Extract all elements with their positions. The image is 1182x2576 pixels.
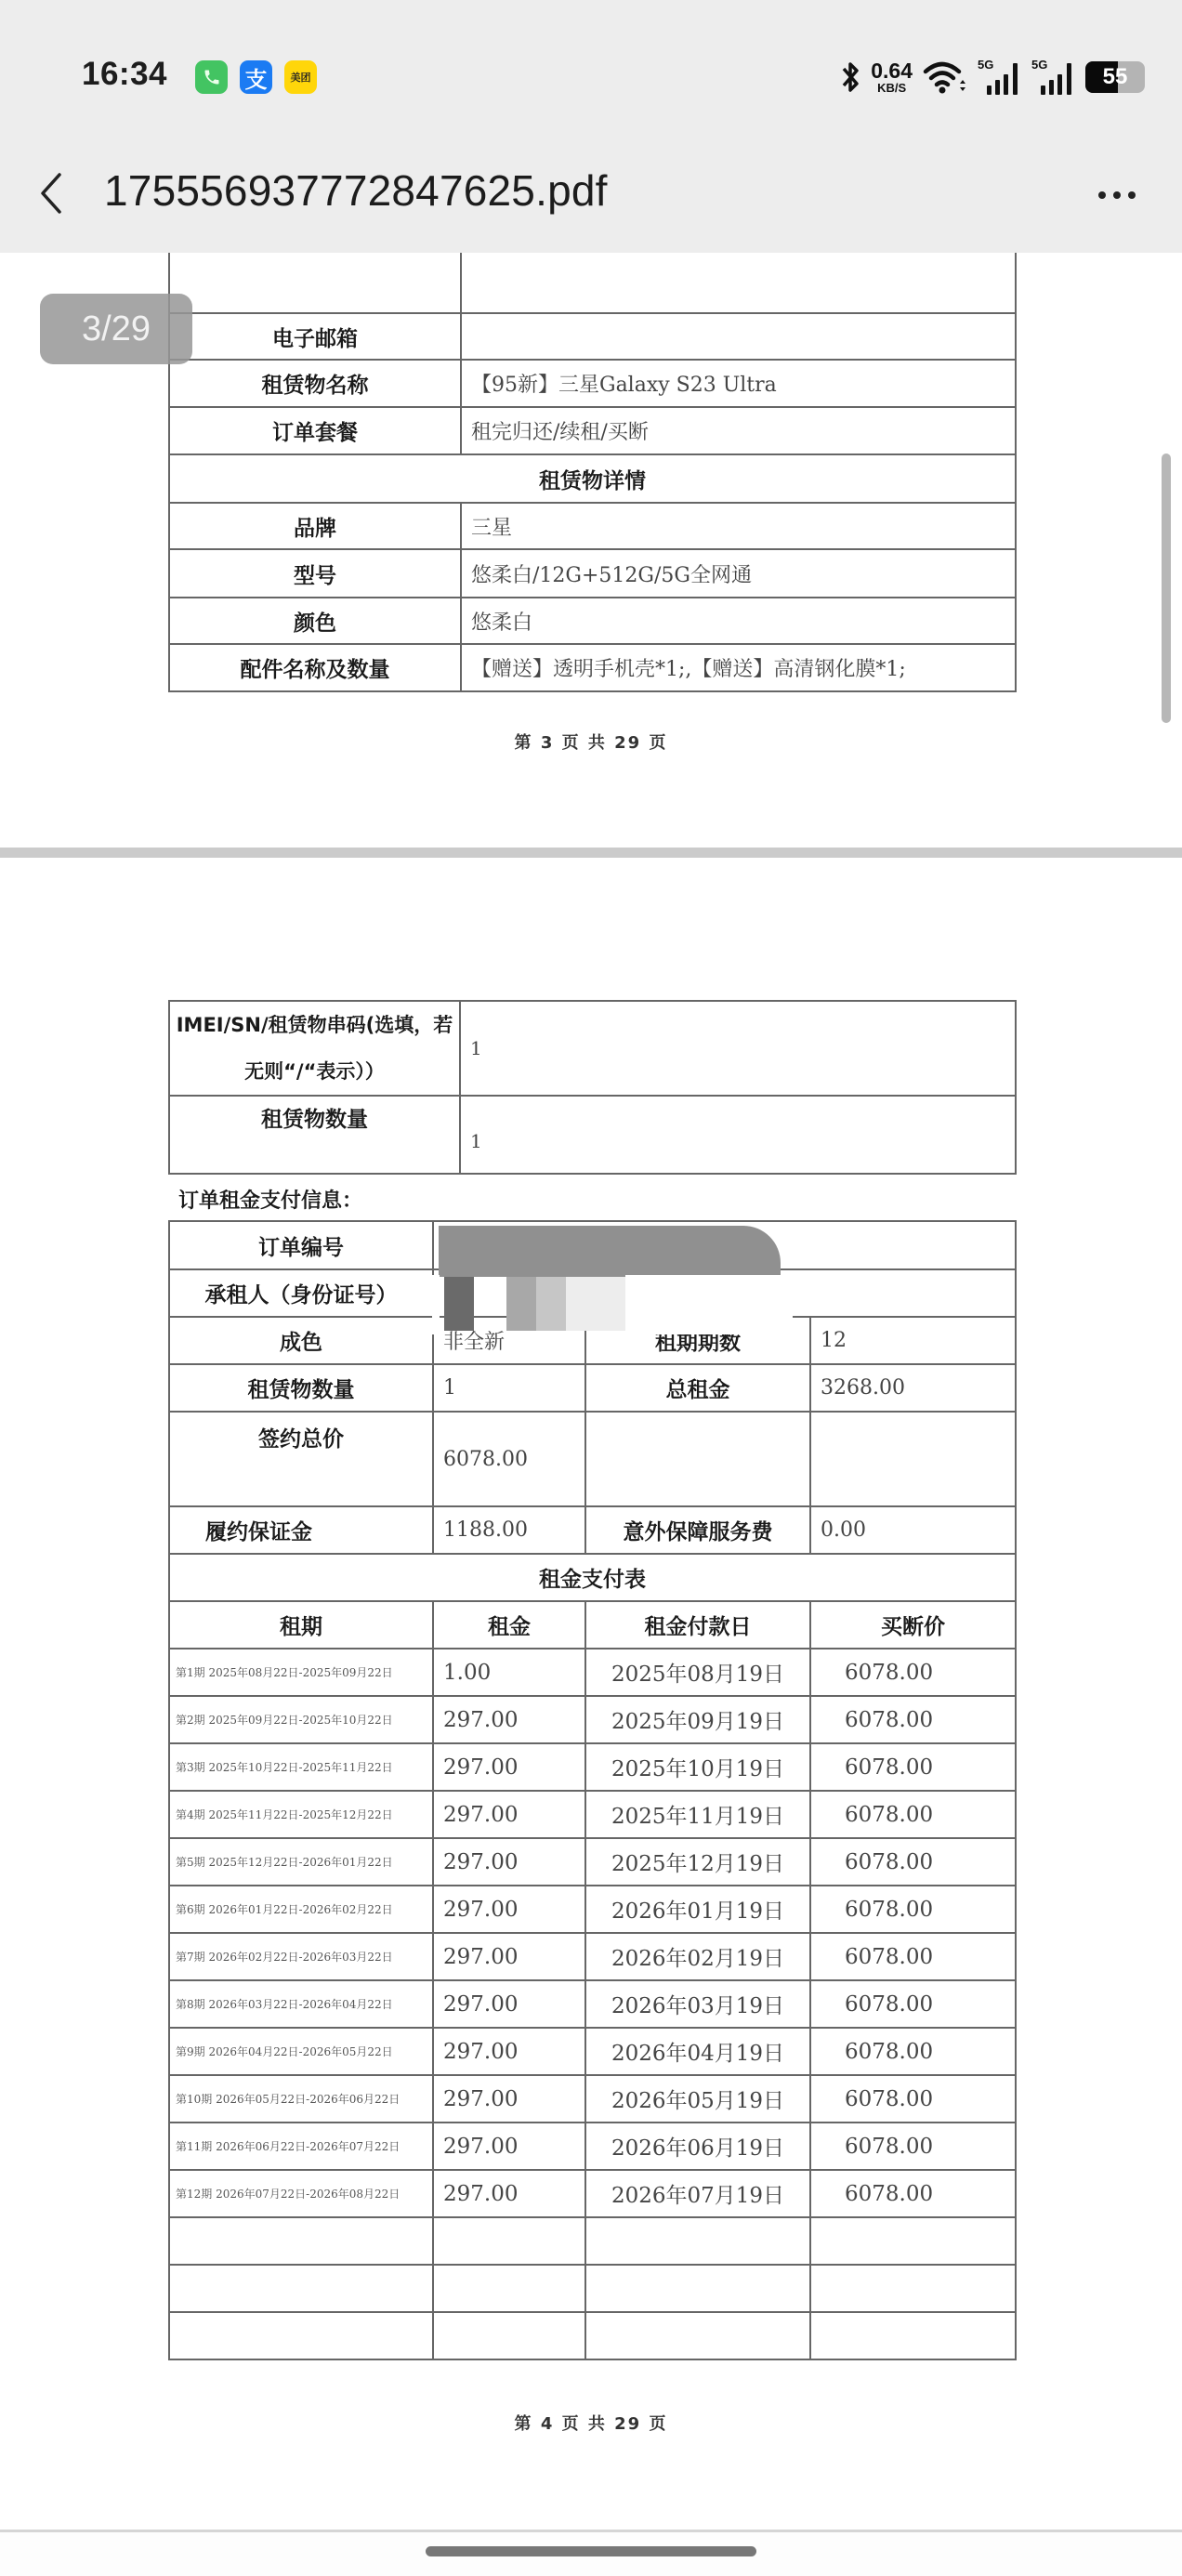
redaction-block: [625, 1275, 793, 1334]
color-value: 悠柔白: [461, 598, 1016, 644]
pay-date-cell: 2025年09月19日: [585, 1696, 810, 1743]
pay-date-cell: 2025年11月19日: [585, 1791, 810, 1838]
gesture-handle[interactable]: [426, 2546, 756, 2556]
buyout-cell: 6078.00: [810, 1980, 1016, 2028]
table-row: 订单套餐 租完归还/续租/买断: [169, 407, 1016, 454]
redaction-block: [432, 1275, 440, 1334]
brand-value: 三星: [461, 503, 1016, 549]
back-button[interactable]: [28, 167, 74, 219]
email-label: 电子邮箱: [169, 313, 461, 360]
schedule-row: 第6期 2026年01月22日-2026年02月22日297.002026年01…: [169, 1886, 1016, 1933]
period-cell: 第7期 2026年02月22日-2026年03月22日: [169, 1933, 433, 1980]
phone-glyph-icon: [203, 68, 221, 86]
table-row: 型号 悠柔白/12G+512G/5G全网通: [169, 549, 1016, 598]
schedule-row: 第1期 2025年08月22日-2025年09月22日1.002025年08月1…: [169, 1649, 1016, 1696]
page-indicator-badge: 3/29: [40, 294, 192, 364]
pay-date-cell: 2026年05月19日: [585, 2075, 810, 2123]
buyout-cell: 6078.00: [810, 1743, 1016, 1791]
accessories-label: 配件名称及数量: [169, 644, 461, 691]
chevron-left-icon: [37, 171, 65, 216]
page4-footer: 第 4 页 共 29 页: [0, 2411, 1182, 2435]
period-cell: 第1期 2025年08月22日-2025年09月22日: [169, 1649, 433, 1696]
table-row: 颜色 悠柔白: [169, 598, 1016, 644]
period-cell: 第12期 2026年07月22日-2026年08月22日: [169, 2170, 433, 2217]
signal-sim1-icon: 5G: [978, 58, 1022, 97]
order-no-label: 订单编号: [169, 1221, 433, 1269]
contract-price-label: 签约总价: [169, 1412, 433, 1506]
page3-info-table: 电子邮箱 租赁物名称 【95新】三星Galaxy S23 Ultra 订单套餐 …: [168, 253, 1017, 692]
table-row: 电子邮箱: [169, 313, 1016, 360]
period-cell: 第9期 2026年04月22日-2026年05月22日: [169, 2028, 433, 2075]
rent-cell: 297.00: [433, 2028, 585, 2075]
pay-date-cell: 2026年06月19日: [585, 2123, 810, 2170]
redaction-block: [536, 1277, 566, 1331]
pay-date-cell: 2026年07月19日: [585, 2170, 810, 2217]
table-row: 租赁物数量 1 总租金 3268.00: [169, 1364, 1016, 1412]
buyout-cell: 6078.00: [810, 1649, 1016, 1696]
page3-footer: 第 3 页 共 29 页: [0, 729, 1182, 754]
buyout-cell: 6078.00: [810, 1886, 1016, 1933]
accessories-value: 【赠送】透明手机壳*1;,【赠送】高清钢化膜*1;: [461, 644, 1016, 691]
buyout-cell: 6078.00: [810, 1791, 1016, 1838]
col-buyout: 买断价: [810, 1601, 1016, 1649]
rent-cell: 297.00: [433, 2075, 585, 2123]
plan-label: 订单套餐: [169, 407, 461, 454]
pay-date-cell: 2026年02月19日: [585, 1933, 810, 1980]
schedule-header-row: 租期 租金 租金付款日 买断价: [169, 1601, 1016, 1649]
term-count-value: 12: [810, 1317, 1016, 1364]
document-title-text: 175556937772847625.pdf: [104, 166, 608, 215]
rent-cell: 297.00: [433, 1743, 585, 1791]
schedule-empty-row: [169, 2312, 1016, 2359]
schedule-row: 第12期 2026年07月22日-2026年08月22日297.002026年0…: [169, 2170, 1016, 2217]
imei-value: 1: [460, 1001, 1016, 1096]
table-row: 租金支付表: [169, 1554, 1016, 1601]
schedule-row: 第9期 2026年04月22日-2026年05月22日297.002026年04…: [169, 2028, 1016, 2075]
total-rent-label: 总租金: [585, 1364, 810, 1412]
plan-value: 租完归还/续租/买断: [461, 407, 1016, 454]
app-header: 16:34 支 美团 0.64 KB/S 5G 5G: [0, 0, 1182, 253]
table-row: 租赁物名称 【95新】三星Galaxy S23 Ultra: [169, 360, 1016, 407]
total-rent-value: 3268.00: [810, 1364, 1016, 1412]
table-row: 租赁物详情: [169, 454, 1016, 503]
item-details-title: 租赁物详情: [169, 454, 1016, 503]
pay-date-cell: 2025年08月19日: [585, 1649, 810, 1696]
rent-cell: 297.00: [433, 1791, 585, 1838]
lessee-label: 承租人（身份证号）: [169, 1269, 433, 1317]
rent-cell: 297.00: [433, 1933, 585, 1980]
page4-item-table: IMEI/SN/租赁物串码(选填，若无则“/“表示）） 1 租赁物数量 1: [168, 1000, 1017, 1175]
schedule-row: 第7期 2026年02月22日-2026年03月22日297.002026年02…: [169, 1933, 1016, 1980]
contract-price-value: 6078.00: [433, 1412, 585, 1506]
quantity-label-2: 租赁物数量: [169, 1364, 433, 1412]
network-speed: 0.64 KB/S: [871, 60, 913, 94]
table-row: 履约保证金 1188.00 意外保障服务费 0.00: [169, 1506, 1016, 1554]
redaction-block: [566, 1277, 625, 1331]
buyout-cell: 6078.00: [810, 1838, 1016, 1886]
rent-cell: 1.00: [433, 1649, 585, 1696]
table-row: 租赁物数量 1: [169, 1096, 1016, 1174]
pay-date-cell: 2025年10月19日: [585, 1743, 810, 1791]
period-cell: 第10期 2026年05月22日-2026年06月22日: [169, 2075, 433, 2123]
imei-label: IMEI/SN/租赁物串码(选填，若无则“/“表示））: [169, 1001, 460, 1096]
phone-icon: [195, 60, 228, 94]
scrollbar[interactable]: [1162, 453, 1171, 723]
color-label: 颜色: [169, 598, 461, 644]
period-cell: 第5期 2025年12月22日-2026年01月22日: [169, 1838, 433, 1886]
period-cell: 第8期 2026年03月22日-2026年04月22日: [169, 1980, 433, 2028]
status-time: 16:34: [82, 56, 167, 93]
buyout-cell: 6078.00: [810, 1696, 1016, 1743]
schedule-title: 租金支付表: [169, 1554, 1016, 1601]
page-separator: [0, 848, 1182, 858]
rent-cell: 297.00: [433, 1886, 585, 1933]
pay-date-cell: 2026年01月19日: [585, 1886, 810, 1933]
pay-date-cell: 2025年12月19日: [585, 1838, 810, 1886]
redaction-block: [444, 1277, 474, 1331]
period-cell: 第11期 2026年06月22日-2026年07月22日: [169, 2123, 433, 2170]
alipay-icon: 支: [240, 60, 272, 94]
item-name-label: 租赁物名称: [169, 360, 461, 407]
schedule-empty-row: [169, 2265, 1016, 2312]
schedule-row: 第4期 2025年11月22日-2025年12月22日297.002025年11…: [169, 1791, 1016, 1838]
redaction-block: [439, 1226, 781, 1277]
buyout-cell: 6078.00: [810, 2028, 1016, 2075]
meituan-icon: 美团: [284, 60, 317, 94]
table-row: [169, 253, 1016, 313]
model-label: 型号: [169, 549, 461, 598]
pdf-viewport[interactable]: 电子邮箱 租赁物名称 【95新】三星Galaxy S23 Ultra 订单套餐 …: [0, 253, 1182, 2530]
schedule-row: 第8期 2026年03月22日-2026年04月22日297.002026年03…: [169, 1980, 1016, 2028]
more-options-button[interactable]: [1089, 177, 1145, 214]
model-value: 悠柔白/12G+512G/5G全网通: [461, 549, 1016, 598]
bluetooth-icon: [841, 59, 861, 96]
table-row: 配件名称及数量 【赠送】透明手机壳*1;,【赠送】高清钢化膜*1;: [169, 644, 1016, 691]
col-rent: 租金: [433, 1601, 585, 1649]
wifi-icon: [922, 59, 968, 96]
pay-date-cell: 2026年04月19日: [585, 2028, 810, 2075]
period-cell: 第2期 2025年09月22日-2025年10月22日: [169, 1696, 433, 1743]
quantity-value-2: 1: [433, 1364, 585, 1412]
period-cell: 第6期 2026年01月22日-2026年02月22日: [169, 1886, 433, 1933]
schedule-empty-row: [169, 2217, 1016, 2265]
period-cell: 第4期 2025年11月22日-2025年12月22日: [169, 1791, 433, 1838]
buyout-cell: 6078.00: [810, 1933, 1016, 1980]
brand-label: 品牌: [169, 503, 461, 549]
buyout-cell: 6078.00: [810, 2075, 1016, 2123]
deposit-value: 1188.00: [433, 1506, 585, 1554]
period-cell: 第3期 2025年10月22日-2025年11月22日: [169, 1743, 433, 1791]
more-dots-icon: [1098, 191, 1106, 199]
quantity-label: 租赁物数量: [169, 1096, 460, 1174]
redaction-block: [506, 1277, 536, 1331]
rent-cell: 297.00: [433, 1980, 585, 2028]
system-status-icons: 0.64 KB/S 5G 5G 55: [841, 54, 1145, 100]
rent-cell: 297.00: [433, 1696, 585, 1743]
buyout-cell: 6078.00: [810, 2123, 1016, 2170]
table-row: IMEI/SN/租赁物串码(选填，若无则“/“表示）） 1: [169, 1001, 1016, 1096]
buyout-cell: 6078.00: [810, 2170, 1016, 2217]
battery-icon: 55: [1085, 61, 1145, 93]
insurance-fee-value: 0.00: [810, 1506, 1016, 1554]
schedule-row: 第10期 2026年05月22日-2026年06月22日297.002026年0…: [169, 2075, 1016, 2123]
table-row: 签约总价 6078.00: [169, 1412, 1016, 1506]
rent-cell: 297.00: [433, 2123, 585, 2170]
schedule-row: 第11期 2026年06月22日-2026年07月22日297.002026年0…: [169, 2123, 1016, 2170]
table-row: 品牌 三星: [169, 503, 1016, 549]
item-name-value: 【95新】三星Galaxy S23 Ultra: [461, 360, 1016, 407]
schedule-row: 第3期 2025年10月22日-2025年11月22日297.002025年10…: [169, 1743, 1016, 1791]
pay-date-cell: 2026年03月19日: [585, 1980, 810, 2028]
document-title: 175556937772847625.pdf: [104, 165, 608, 216]
col-period: 租期: [169, 1601, 433, 1649]
rent-cell: 297.00: [433, 2170, 585, 2217]
payment-table: 订单编号 承租人（身份证号） 成色 非全新 租期期数 12 租赁物数量 1 总租…: [168, 1220, 1017, 2360]
payment-info-label: 订单租金支付信息：: [178, 1185, 362, 1214]
email-value: [461, 313, 1016, 360]
deposit-label: 履约保证金: [169, 1506, 433, 1554]
insurance-fee-label: 意外保障服务费: [585, 1506, 810, 1554]
quantity-value: 1: [460, 1096, 1016, 1174]
signal-sim2-icon: 5G: [1031, 58, 1076, 97]
col-pay-date: 租金付款日: [585, 1601, 810, 1649]
rent-cell: 297.00: [433, 1838, 585, 1886]
condition-label: 成色: [169, 1317, 433, 1364]
schedule-body: 第1期 2025年08月22日-2025年09月22日1.002025年08月1…: [169, 1649, 1016, 2359]
schedule-row: 第5期 2025年12月22日-2026年01月22日297.002025年12…: [169, 1838, 1016, 1886]
schedule-row: 第2期 2025年09月22日-2025年10月22日297.002025年09…: [169, 1696, 1016, 1743]
